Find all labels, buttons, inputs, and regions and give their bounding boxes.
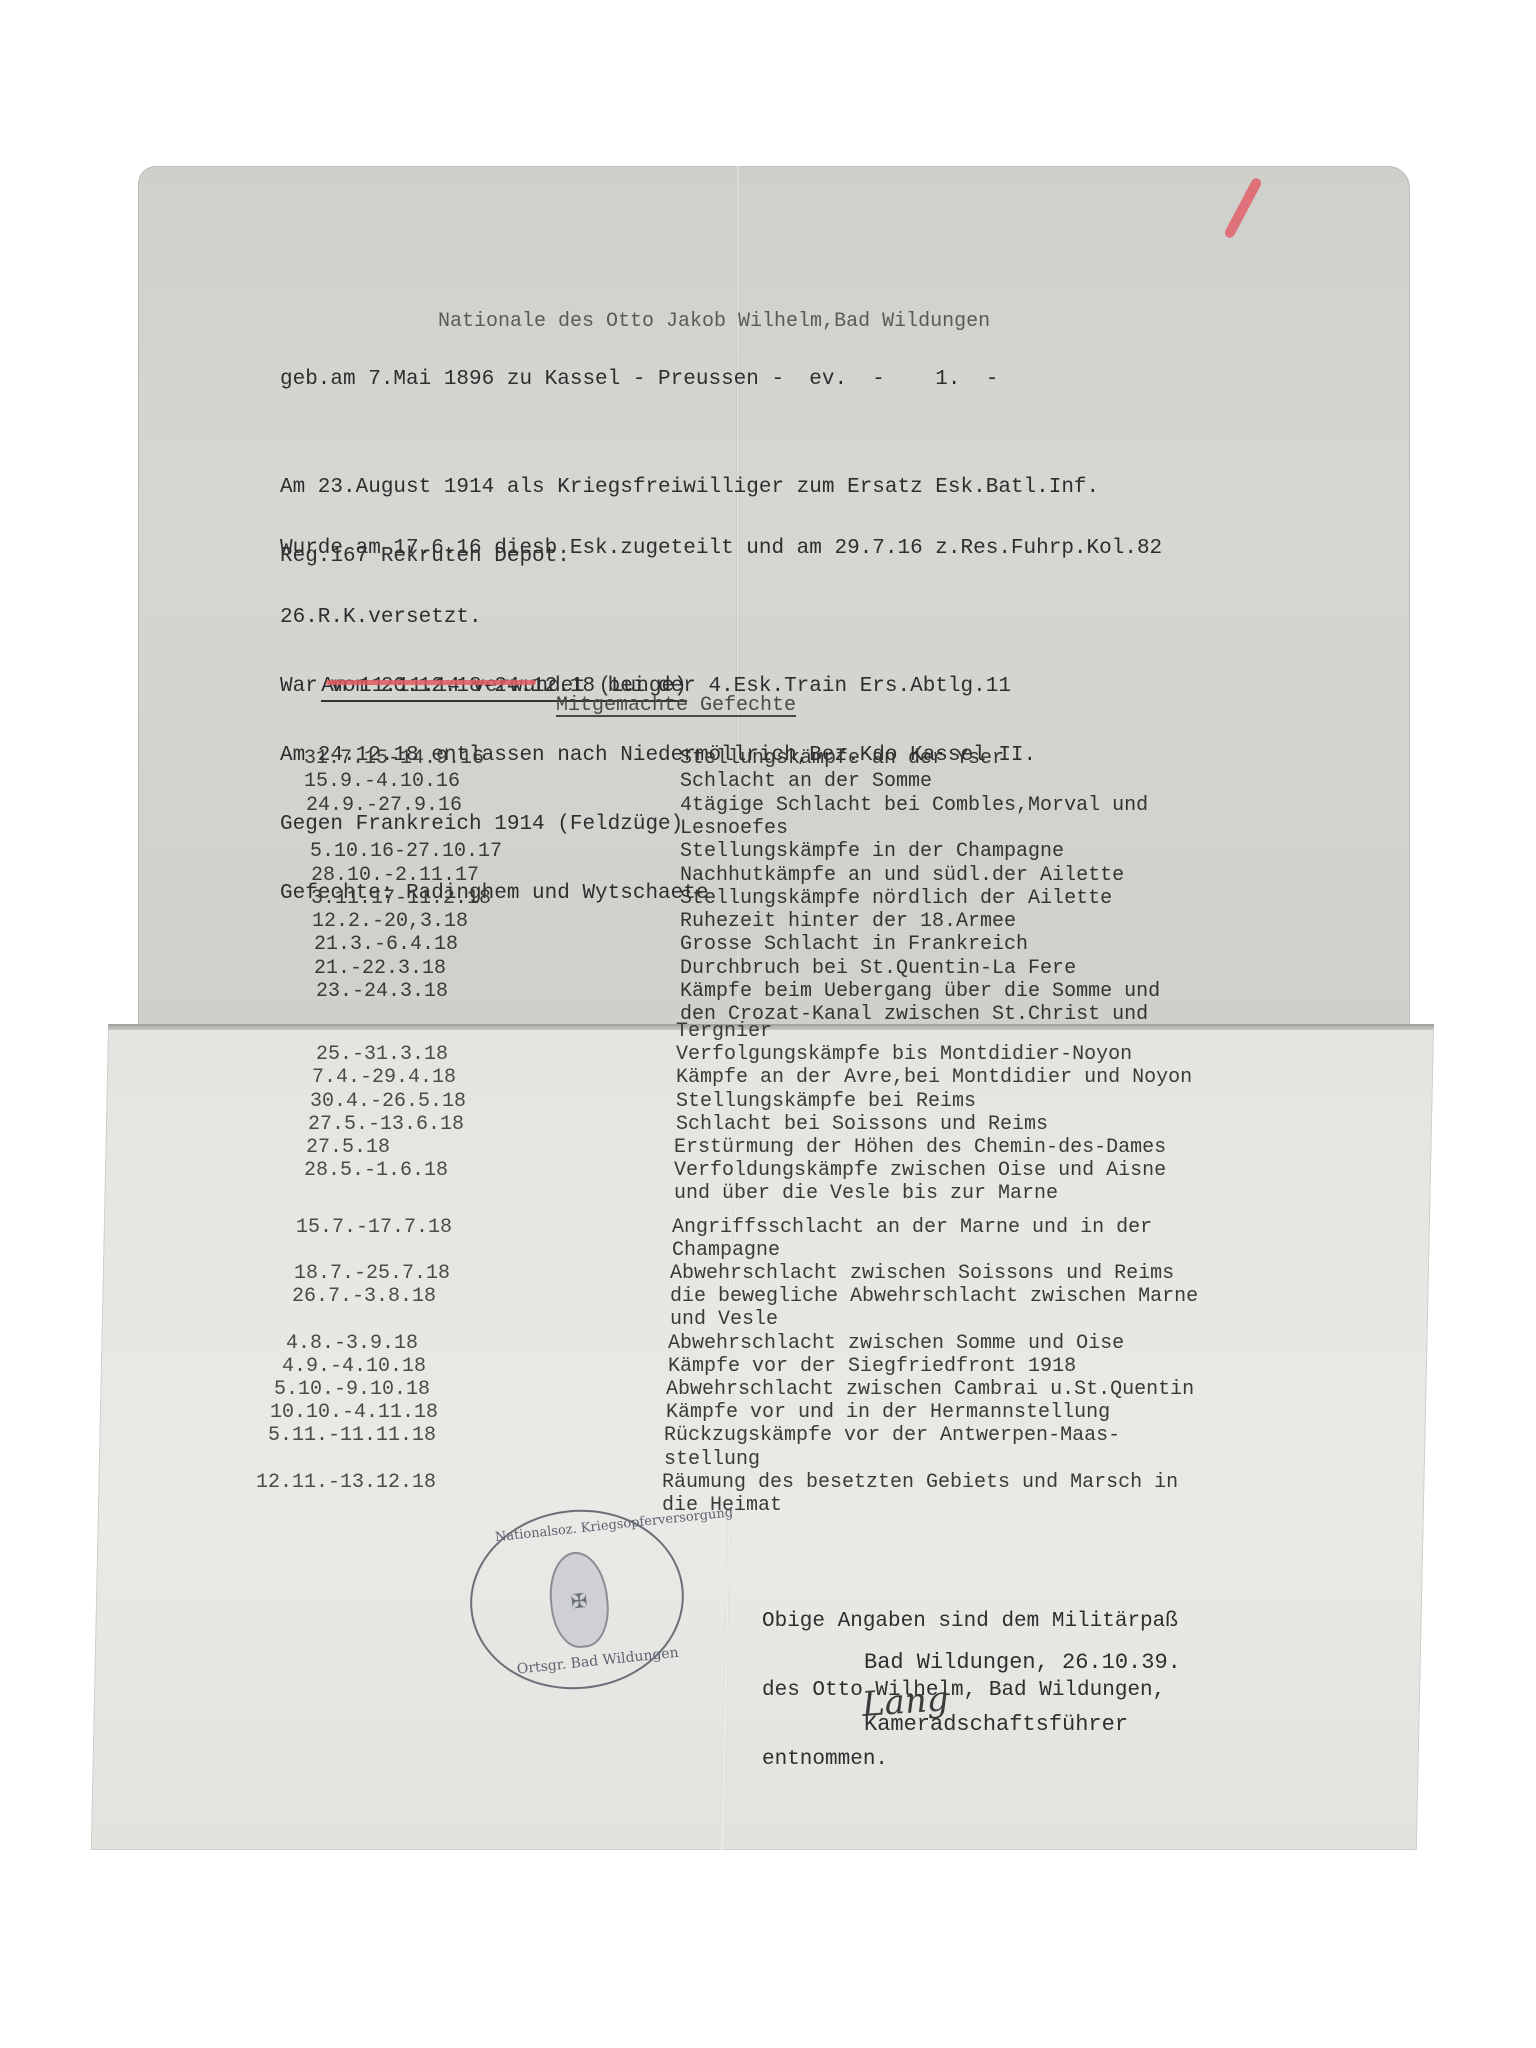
engagement-description: Kämpfe beim Uebergang über die Somme und [680,980,1160,1003]
engagement-date: 18.7.-25.7.18 [294,1262,450,1285]
engagement-description: Kämpfe an der Avre,bei Montdidier und No… [676,1066,1192,1089]
engagement-date: 31.7.15-14.9.16 [304,747,484,770]
engagement-date: 26.7.-3.8.18 [292,1285,436,1308]
engagement-date: 12.2.-20,3.18 [312,910,468,933]
engagement-description: Erstürmung der Höhen des Chemin-des-Dame… [674,1136,1166,1159]
engagement-date: 23.-24.3.18 [316,980,448,1003]
engagement-date: 7.4.-29.4.18 [312,1066,456,1089]
engagement-date: 3.11.17-11.2.18 [311,887,491,910]
engagement-date: 15.9.-4.10.16 [304,770,460,793]
engagement-description: Grosse Schlacht in Frankreich [680,933,1028,956]
engagement-date: 30.4.-26.5.18 [310,1090,466,1113]
engagement-description: Abwehrschlacht zwischen Somme und Oise [668,1332,1124,1355]
closing-line: des Otto Wilhelm, Bad Wildungen, [762,1679,1178,1702]
engagement-date: 24.9.-27.9.16 [306,794,462,817]
engagement-description: Champagne [672,1239,780,1262]
engagement-date: 21.-22.3.18 [314,957,446,980]
engagement-date: 5.10.-9.10.18 [274,1378,430,1401]
engagement-description: die bewegliche Abwehrschlacht zwischen M… [670,1285,1198,1308]
engagement-description: Rückzugskämpfe vor der Antwerpen-Maas- [664,1424,1120,1447]
engagement-description: Stellungskämpfe nördlich der Ailette [680,887,1112,910]
engagement-description: Verfoldungskämpfe zwischen Oise und Aisn… [674,1159,1166,1182]
closing-line: Obige Angaben sind dem Militärpaß [762,1610,1178,1633]
engagement-description: Ruhezeit hinter der 18.Armee [680,910,1016,933]
engagement-description: Lesnoefes [680,817,788,840]
engagement-description: Räumung des besetzten Gebiets und Marsch… [662,1471,1178,1494]
engagement-description: stellung [664,1448,760,1471]
engagement-description: Stellungskämpfe bei Reims [676,1090,976,1113]
engagement-date: 10.10.-4.11.18 [270,1401,438,1424]
engagement-date: 25.-31.3.18 [316,1043,448,1066]
engagement-description: 4tägige Schlacht bei Combles,Morval und [680,794,1148,817]
engagement-description: Stellungskämpfe in der Champagne [680,840,1064,863]
engagement-description: Tergnier [676,1020,772,1043]
engagement-date: 28.5.-1.6.18 [304,1159,448,1182]
engagement-date: 21.3.-6.4.18 [314,933,458,956]
engagement-date: 5.10.16-27.10.17 [310,840,502,863]
engagement-description: Stellungskämpfe an der Yser [680,747,1004,770]
engagement-description: und Vesle [670,1308,778,1331]
engagement-description: Kämpfe vor und in der Hermannstellung [666,1401,1110,1424]
engagement-date: 15.7.-17.7.18 [296,1216,452,1239]
wounded-line: Am 11.11.14 verwundet (Lunge) [296,652,687,698]
birth-line: geb.am 7.Mai 1896 zu Kassel - Preussen -… [280,368,998,391]
engagement-description: Nachhutkämpfe an und südl.der Ailette [680,864,1124,887]
red-underline-mark [326,680,536,685]
engagement-description: Verfolgungskämpfe bis Montdidier-Noyon [676,1043,1132,1066]
engagement-description: Abwehrschlacht zwischen Soissons und Rei… [670,1262,1174,1285]
section-heading: Mitgemachte Gefechte [556,694,796,717]
engagement-description: Schlacht an der Somme [680,770,932,793]
engagement-date: 4.8.-3.9.18 [286,1332,418,1355]
engagement-description: Durchbruch bei St.Quentin-La Fere [680,957,1076,980]
engagement-date: 27.5.18 [306,1136,390,1159]
document-title: Nationale des Otto Jakob Wilhelm,Bad Wil… [438,310,990,333]
engagement-description: Angriffsschlacht an der Marne und in der [672,1216,1152,1239]
engagement-date: 4.9.-4.10.18 [282,1355,426,1378]
engagement-date: 5.11.-11.11.18 [268,1424,436,1447]
place-date: Bad Wildungen, 26.10.39. [864,1651,1181,1674]
badge-emblem-icon: ✠ [545,1549,613,1651]
signer-title: Kameradschaftsführer [864,1713,1128,1736]
closing-statement: Obige Angaben sind dem Militärpaß des Ot… [762,1564,1178,1794]
paragraph-line: Wurde am 17.6.16 diesb.Esk.zugeteilt und… [280,537,1162,560]
engagement-description: Schlacht bei Soissons und Reims [676,1113,1048,1136]
engagement-description: Abwehrschlacht zwischen Cambrai u.St.Que… [666,1378,1194,1401]
engagement-date: 27.5.-13.6.18 [308,1113,464,1136]
closing-line: entnommen. [762,1748,1178,1771]
paragraph-line: 26.R.K.versetzt. [280,606,1162,629]
engagement-date: 12.11.-13.12.18 [256,1471,436,1494]
engagement-description: und über die Vesle bis zur Marne [674,1182,1058,1205]
engagement-description: Kämpfe vor der Siegfriedfront 1918 [668,1355,1076,1378]
engagement-date: 28.10.-2.11.17 [311,864,479,887]
